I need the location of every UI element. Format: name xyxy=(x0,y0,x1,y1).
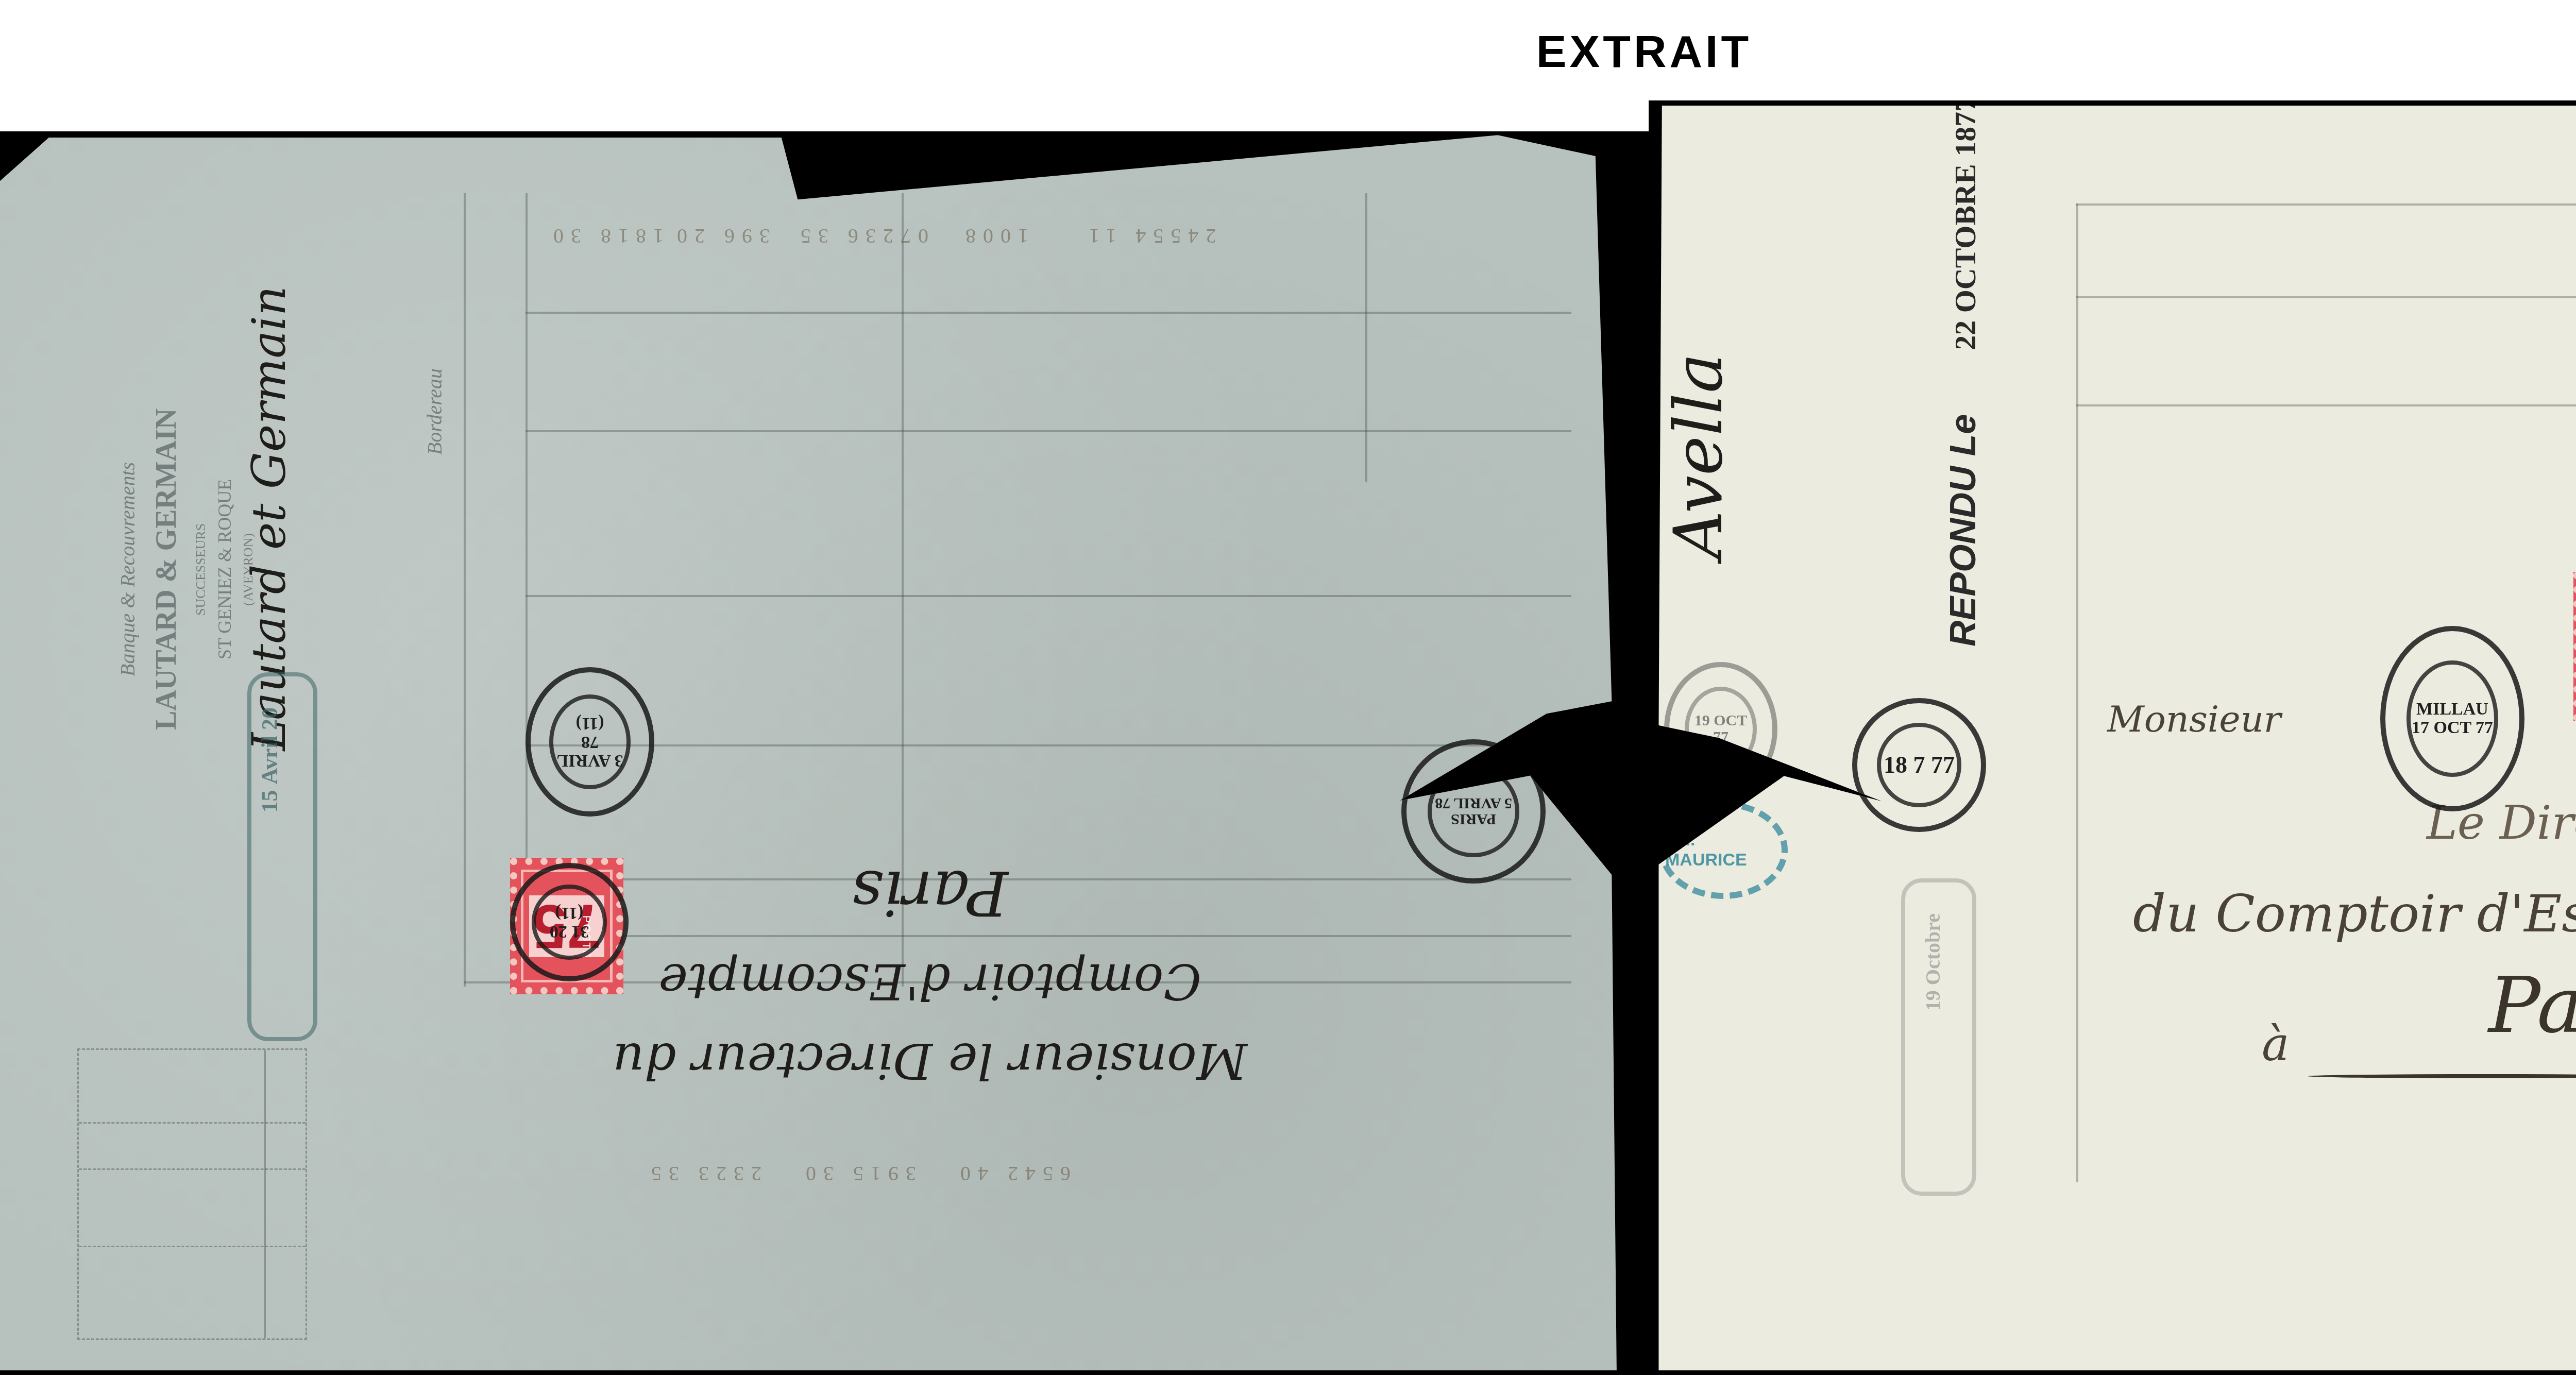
postmark-millau: MILLAU 17 OCT 77 xyxy=(2380,626,2524,811)
postmark-town: MILLAU xyxy=(2416,700,2488,719)
ledger-cell: 1008 xyxy=(958,224,1028,248)
form-rule xyxy=(2076,296,2576,298)
form-rule xyxy=(2076,203,2576,206)
reply-date: 22 OCTOBRE 1877 xyxy=(1948,106,1982,350)
letterhead-firm: LAUTARD & GERMAIN xyxy=(150,409,183,730)
address-city: Paris xyxy=(608,843,1252,942)
ledger-cell: 07236 35 xyxy=(793,224,928,248)
postmark-date: 5 AVRIL 78 xyxy=(1435,795,1512,812)
address-underline xyxy=(2308,1074,2576,1078)
receipt-table xyxy=(77,1048,307,1340)
address-line: Comptoir d'Escompte xyxy=(608,942,1252,1021)
ledger-cell: 396 20 xyxy=(670,224,770,248)
postmark-date: 3 AVRIL 78 xyxy=(553,733,627,769)
letterhead-place: ST GENIEZ & ROQUE xyxy=(214,479,235,659)
address-city: Paris xyxy=(2488,961,2576,1050)
postmark-town: PARIS xyxy=(1451,811,1496,828)
page-title: EXTRAIT xyxy=(0,0,2576,103)
boxed-stamp-year: 20 xyxy=(257,707,282,730)
ledger-column xyxy=(1365,193,1367,482)
boxed-stamp-day: 15 xyxy=(257,790,282,813)
postmark-st-geniez: 3 AVRIL 78 (11) xyxy=(526,667,654,817)
address-line: Monsieur le Directeur du xyxy=(608,1021,1252,1100)
postmark-date: 18 7 77 xyxy=(1884,753,1955,777)
boxed-date-stamp: 19 Octobre xyxy=(1901,878,1976,1196)
letterhead-line: Banque & Recouvrements xyxy=(115,462,140,676)
boxed-stamp-text: 19 Octobre xyxy=(1921,913,1945,1011)
ledger-cell: 1818 30 xyxy=(546,224,664,248)
ledger-cell: 2323 35 xyxy=(644,1162,761,1186)
postmark-code: (11) xyxy=(555,904,584,922)
reply-label: REPONDU Le xyxy=(1943,414,1983,647)
right-document: Avella REPONDU Le 22 OCTOBRE 1877 Monsie… xyxy=(1654,106,2576,1370)
address-line: du Comptoir d'Escompte de Paris xyxy=(2133,884,2576,944)
ledger-border-left xyxy=(464,193,466,987)
ledger-cell: 24554 11 xyxy=(1082,224,1216,248)
postmark-st-geniez: 31 20 (11) xyxy=(510,863,629,981)
address-block: Monsieur le Directeur du Comptoir d'Esco… xyxy=(608,677,1252,1100)
ledger-rule xyxy=(526,312,1571,314)
address-salutation: Monsieur xyxy=(2107,698,2281,740)
ledger-rule xyxy=(526,595,1571,597)
form-rule xyxy=(2076,404,2576,406)
ledger-cell: 3915 30 xyxy=(799,1162,916,1186)
postmark-date: 17 OCT 77 xyxy=(2412,719,2493,737)
reply-stamp: REPONDU Le 22 OCTOBRE 1877 xyxy=(1942,106,1984,647)
address-preposition: à xyxy=(2262,1017,2290,1072)
postage-stamp-75c: POSTE REPUBLIQUE FRANÇAISE 75 xyxy=(2573,572,2576,721)
handwritten-annotation: Avella xyxy=(1659,353,1737,559)
boxed-date-stamp: 15 Avril 20 xyxy=(247,672,317,1041)
postmark-cette-a-tarascon: 18 7 77 xyxy=(1852,698,1986,832)
ledger-rule xyxy=(526,430,1571,432)
postmark-code: (11) xyxy=(576,714,604,733)
letterhead-line: SUCCESSEURS xyxy=(193,523,209,615)
form-column xyxy=(2076,203,2078,1182)
ledger-cell: 6542 40 xyxy=(953,1162,1071,1186)
postmark-date: 31 20 xyxy=(550,922,589,941)
column-heading: Bordereau xyxy=(422,368,447,455)
boxed-stamp-month: Avril xyxy=(257,736,282,785)
left-document: 1818 30 396 20 07236 35 1008 24554 11 23… xyxy=(0,131,1628,1370)
